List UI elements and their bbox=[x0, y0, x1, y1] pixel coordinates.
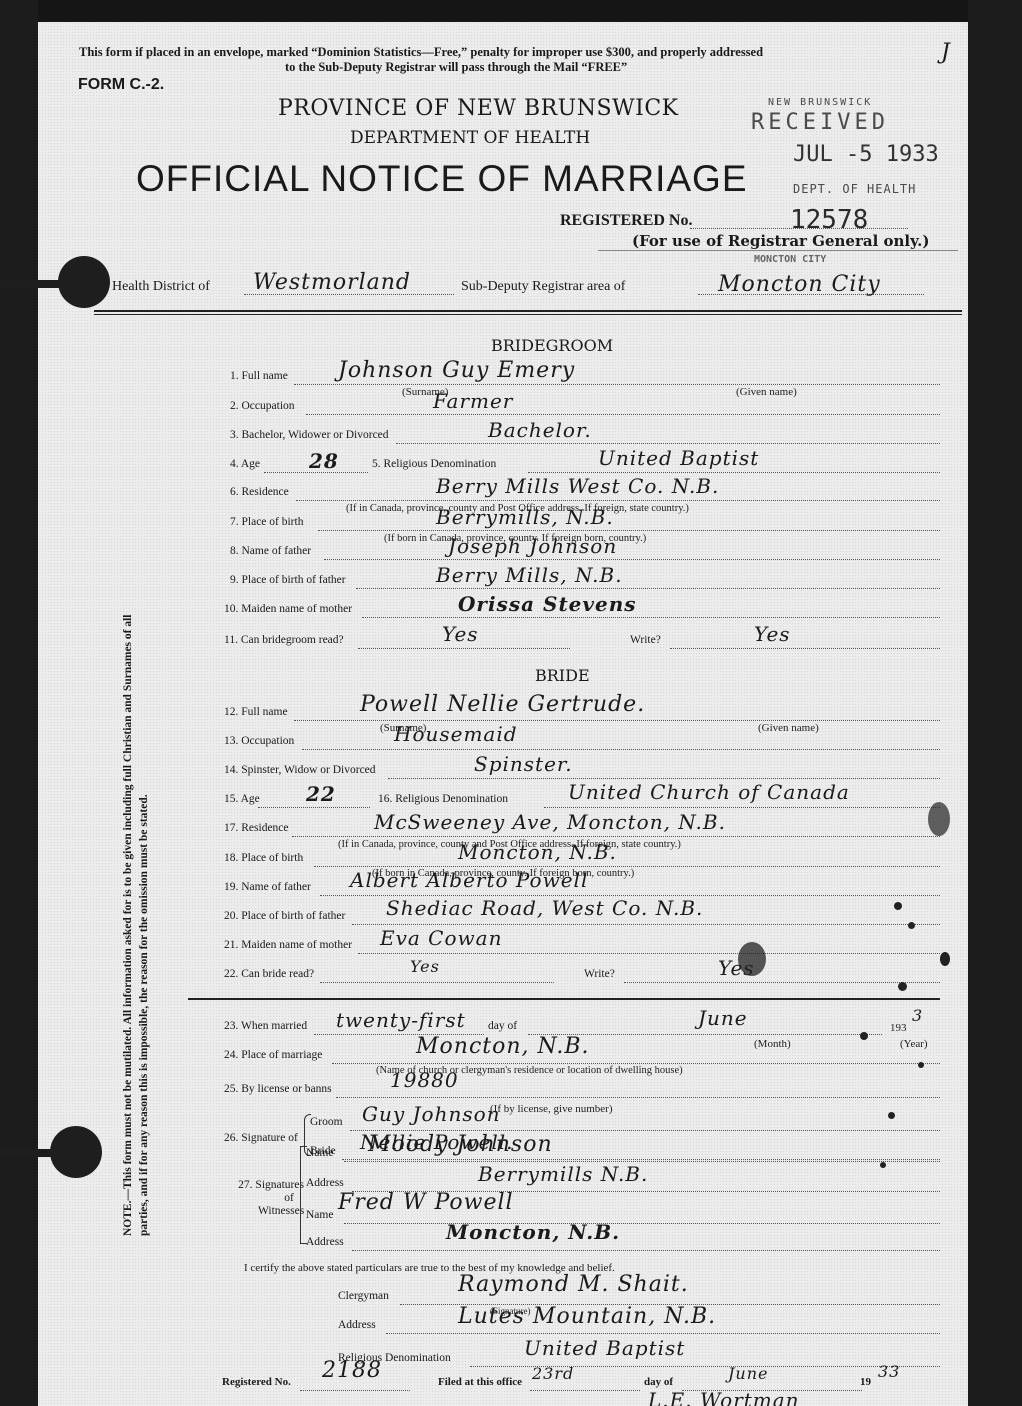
groom-birthplace[interactable]: Berrymills, N.B. bbox=[436, 505, 614, 529]
witness1-address-label: Address bbox=[306, 1177, 344, 1189]
given-name-hint: (Given name) bbox=[758, 722, 819, 734]
divider bbox=[94, 314, 962, 315]
field-line bbox=[296, 500, 940, 501]
day-of-label: day of bbox=[488, 1020, 517, 1032]
license-number[interactable]: 19880 bbox=[390, 1068, 459, 1092]
witness2-address[interactable]: Moncton, N.B. bbox=[446, 1220, 620, 1244]
field-line bbox=[544, 807, 940, 808]
divider bbox=[188, 998, 940, 1000]
field-label: 18. Place of birth bbox=[224, 852, 303, 864]
field-line bbox=[362, 617, 940, 618]
field-line bbox=[528, 472, 940, 473]
registered-number-label: REGISTERED No. bbox=[560, 212, 692, 230]
marriage-year[interactable]: 3 bbox=[912, 1006, 923, 1025]
field-line bbox=[294, 720, 940, 721]
field-label: 10. Maiden name of mother bbox=[224, 603, 352, 615]
clergyman-denomination[interactable]: United Baptist bbox=[524, 1336, 685, 1360]
witness2-address-label: Address bbox=[306, 1236, 344, 1248]
marriage-place[interactable]: Moncton, N.B. bbox=[416, 1034, 590, 1059]
field-line bbox=[294, 384, 940, 385]
brace bbox=[300, 1146, 307, 1244]
bride-father-birthplace[interactable]: Shediac Road, West Co. N.B. bbox=[386, 896, 703, 920]
license-hint: (If by license, give number) bbox=[490, 1103, 612, 1115]
field-line bbox=[258, 807, 370, 808]
groom-occupation[interactable]: Farmer bbox=[433, 389, 513, 413]
bride-age[interactable]: 22 bbox=[306, 782, 336, 806]
field-line bbox=[306, 414, 940, 415]
clergyman-address[interactable]: Lutes Mountain, N.B. bbox=[458, 1304, 716, 1329]
bride-mother-maiden-name[interactable]: Eva Cowan bbox=[380, 926, 502, 950]
field-label: 16. Religious Denomination bbox=[378, 793, 508, 805]
field-label: 9. Place of birth of father bbox=[230, 574, 346, 586]
city-stamp: MONCTON CITY bbox=[754, 254, 826, 265]
year-hint: (Year) bbox=[900, 1038, 928, 1050]
filed-year-prefix: 19 bbox=[860, 1376, 871, 1388]
side-note-line2: parties, and if for any reason this is i… bbox=[138, 794, 150, 1236]
groom-father-birthplace[interactable]: Berry Mills, N.B. bbox=[436, 563, 623, 587]
department-heading: DEPARTMENT OF HEALTH bbox=[350, 128, 590, 148]
registrar-signature[interactable]: L.E. Wortman bbox=[648, 1388, 800, 1406]
field-line bbox=[302, 749, 940, 750]
registrar-area-value[interactable]: Moncton City bbox=[718, 272, 881, 297]
groom-can-read[interactable]: Yes bbox=[442, 622, 479, 646]
ink-blot bbox=[738, 942, 766, 976]
field-line bbox=[352, 1250, 940, 1251]
witnesses-label: 27. Signatures of Witnesses bbox=[238, 1179, 304, 1218]
field-label: Write? bbox=[630, 634, 661, 646]
bride-full-name[interactable]: Powell Nellie Gertrude. bbox=[360, 692, 645, 717]
ink-spot bbox=[880, 1162, 886, 1168]
field-label: 2. Occupation bbox=[230, 400, 295, 412]
registered-number-value: 12578 bbox=[790, 205, 868, 235]
bride-occupation[interactable]: Housemaid bbox=[394, 722, 518, 746]
groom-signature[interactable]: Guy Johnson bbox=[362, 1102, 501, 1126]
field-label: 14. Spinster, Widow or Divorced bbox=[224, 764, 376, 776]
field-line bbox=[324, 559, 940, 560]
field-line bbox=[336, 1097, 940, 1098]
witness1-address[interactable]: Berrymills N.B. bbox=[478, 1162, 648, 1186]
ink-spot bbox=[918, 1062, 924, 1068]
marriage-day[interactable]: twenty-first bbox=[336, 1008, 466, 1032]
divider bbox=[94, 310, 962, 312]
groom-religion[interactable]: United Baptist bbox=[598, 446, 759, 470]
witness1-name-label: Name bbox=[306, 1147, 333, 1159]
field-label: 7. Place of birth bbox=[230, 516, 303, 528]
bride-can-read[interactable]: Yes bbox=[410, 957, 440, 976]
ink-spot bbox=[898, 982, 907, 991]
field-line bbox=[670, 648, 940, 649]
marriage-form-page: This form if placed in an envelope, mark… bbox=[38, 22, 968, 1406]
scan-border-top bbox=[0, 0, 1022, 22]
clergyman-label: Clergyman bbox=[338, 1290, 389, 1302]
field-label: 5. Religious Denomination bbox=[372, 458, 496, 470]
registrar-note: (For use of Registrar General only.) bbox=[632, 232, 929, 250]
field-line bbox=[530, 1390, 640, 1391]
witnesses-label-line1: 27. Signatures bbox=[238, 1179, 304, 1192]
field-line bbox=[358, 953, 940, 954]
bridegroom-heading: BRIDEGROOM bbox=[491, 336, 613, 355]
ink-spot bbox=[894, 902, 902, 910]
field-label: 15. Age bbox=[224, 793, 260, 805]
stamp-date: JUL -5 1933 bbox=[793, 142, 939, 167]
license-label: 25. By license or banns bbox=[224, 1083, 332, 1095]
mail-notice-line2: to the Sub-Deputy Registrar will pass th… bbox=[285, 60, 627, 75]
bride-religion[interactable]: United Church of Canada bbox=[568, 780, 850, 804]
clergyman-address-label: Address bbox=[338, 1319, 376, 1331]
field-label: 6. Residence bbox=[230, 486, 289, 498]
field-line bbox=[396, 443, 940, 444]
field-label: 21. Maiden name of mother bbox=[224, 939, 352, 951]
filed-month[interactable]: June bbox=[728, 1364, 769, 1383]
when-married-label: 23. When married bbox=[224, 1020, 307, 1032]
field-label: 12. Full name bbox=[224, 706, 288, 718]
field-line bbox=[314, 866, 940, 867]
bride-heading: BRIDE bbox=[535, 666, 590, 685]
punch-hole-top bbox=[58, 256, 110, 308]
bride-residence[interactable]: McSweeney Ave, Moncton, N.B. bbox=[374, 810, 726, 834]
year-prefix: 193 bbox=[890, 1022, 907, 1034]
filed-label: Filed at this office bbox=[438, 1376, 522, 1388]
scan-border-left bbox=[0, 0, 38, 1406]
groom-residence[interactable]: Berry Mills West Co. N.B. bbox=[436, 474, 719, 498]
bride-marital-status[interactable]: Spinster. bbox=[474, 752, 573, 776]
field-line bbox=[318, 530, 940, 531]
ink-spot bbox=[908, 922, 915, 929]
field-label: 17. Residence bbox=[224, 822, 289, 834]
clergyman-signature[interactable]: Raymond M. Shait. bbox=[458, 1272, 689, 1297]
form-number: FORM C.-2. bbox=[78, 76, 164, 94]
field-line bbox=[300, 1390, 410, 1391]
groom-father-name[interactable]: Joseph Johnson bbox=[448, 534, 617, 558]
filed-day-of-label: day of bbox=[644, 1376, 673, 1388]
witness1-name[interactable]: Moody Johnson bbox=[368, 1132, 553, 1157]
stamp-line1: NEW BRUNSWICK bbox=[768, 97, 872, 108]
field-label: 19. Name of father bbox=[224, 881, 311, 893]
stamp-department: DEPT. OF HEALTH bbox=[793, 182, 916, 196]
footer-registered-label: Registered No. bbox=[222, 1376, 291, 1388]
ink-spot bbox=[860, 1032, 868, 1040]
groom-full-name[interactable]: Johnson Guy Emery bbox=[338, 358, 575, 383]
punch-hole-bottom bbox=[50, 1126, 102, 1178]
page-title: OFFICIAL NOTICE OF MARRIAGE bbox=[136, 158, 748, 200]
given-name-hint: (Given name) bbox=[736, 386, 797, 398]
groom-mother-maiden-name[interactable]: Orissa Stevens bbox=[458, 592, 637, 616]
field-label: 13. Occupation bbox=[224, 735, 294, 747]
field-line bbox=[386, 1333, 940, 1334]
month-hint: (Month) bbox=[754, 1038, 791, 1050]
ink-spot bbox=[940, 952, 950, 966]
field-line bbox=[292, 836, 940, 837]
witness2-name-label: Name bbox=[306, 1209, 333, 1221]
bride-birthplace[interactable]: Moncton, N.B. bbox=[458, 840, 617, 864]
signature-of-label: 26. Signature of bbox=[224, 1132, 298, 1144]
groom-can-write[interactable]: Yes bbox=[754, 622, 791, 646]
groom-marital-status[interactable]: Bachelor. bbox=[488, 418, 592, 442]
field-label: 11. Can bridegroom read? bbox=[224, 634, 344, 646]
field-line bbox=[358, 648, 570, 649]
groom-age[interactable]: 28 bbox=[309, 449, 339, 473]
field-label: 20. Place of birth of father bbox=[224, 910, 345, 922]
field-line bbox=[624, 982, 940, 983]
field-line bbox=[344, 1223, 940, 1224]
divider bbox=[598, 250, 958, 251]
witnesses-label-line3: Witnesses bbox=[238, 1205, 304, 1218]
side-note-line1: NOTE.—This form must not be mutilated. A… bbox=[122, 615, 134, 1237]
place-of-marriage-label: 24. Place of marriage bbox=[224, 1049, 322, 1061]
filed-year[interactable]: 33 bbox=[878, 1362, 900, 1381]
mail-notice-line1: This form if placed in an envelope, mark… bbox=[79, 45, 763, 60]
groom-label: Groom bbox=[310, 1116, 343, 1128]
field-label: Write? bbox=[584, 968, 615, 980]
ink-blot bbox=[928, 802, 950, 836]
field-line bbox=[320, 982, 554, 983]
registrar-area-label: Sub-Deputy Registrar area of bbox=[461, 279, 625, 295]
field-label: 1. Full name bbox=[230, 370, 288, 382]
field-line bbox=[352, 924, 940, 925]
field-label: 4. Age bbox=[230, 458, 260, 470]
bride-father-name[interactable]: Albert Alberto Powell bbox=[350, 868, 588, 892]
field-label: 3. Bachelor, Widower or Divorced bbox=[230, 429, 389, 441]
witnesses-label-line2: of bbox=[238, 1192, 304, 1205]
corner-mark: J bbox=[941, 40, 951, 65]
filed-day[interactable]: 23rd bbox=[532, 1364, 574, 1383]
field-label: 8. Name of father bbox=[230, 545, 311, 557]
health-district-value[interactable]: Westmorland bbox=[253, 270, 411, 295]
stamp-received: RECEIVED bbox=[751, 110, 889, 135]
scan-border-right bbox=[968, 0, 1022, 1406]
health-district-label: Health District of bbox=[112, 279, 210, 295]
footer-registered-number[interactable]: 2188 bbox=[322, 1358, 382, 1383]
ink-spot bbox=[888, 1112, 895, 1119]
field-line bbox=[388, 778, 940, 779]
field-line bbox=[356, 588, 940, 589]
witness2-name[interactable]: Fred W Powell bbox=[338, 1190, 514, 1215]
marriage-month[interactable]: June bbox=[698, 1006, 748, 1030]
field-line bbox=[332, 1063, 940, 1064]
province-heading: PROVINCE OF NEW BRUNSWICK bbox=[278, 96, 679, 121]
field-line bbox=[342, 1159, 940, 1160]
field-label: 22. Can bride read? bbox=[224, 968, 314, 980]
